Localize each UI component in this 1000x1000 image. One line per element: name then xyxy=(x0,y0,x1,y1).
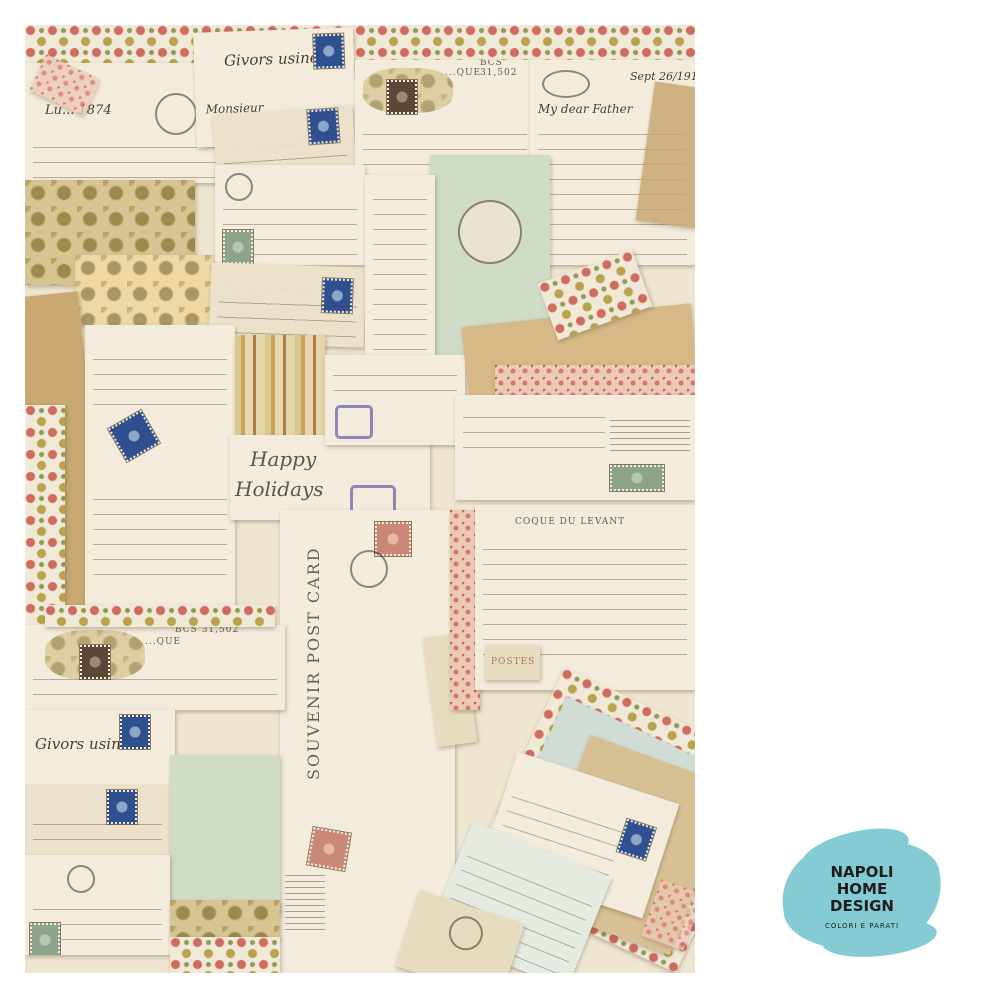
postmark xyxy=(350,550,388,588)
cheque-label: ...QUE xyxy=(445,68,481,78)
damask-paper xyxy=(170,900,280,940)
envelope-charlieu xyxy=(215,165,365,265)
logo-wordmark: NAPOLI HOME DESIGN xyxy=(782,864,942,915)
frame-ornament xyxy=(335,405,373,439)
letter-date: Sept 26/1914 xyxy=(630,70,695,83)
postmark xyxy=(67,865,95,893)
wavy-cancellation xyxy=(285,870,325,930)
stamp-green xyxy=(610,465,664,491)
envelope-bottom-second xyxy=(25,785,170,855)
logo-line-2: HOME xyxy=(782,881,942,898)
postcard-cancel xyxy=(455,395,695,500)
stamp-blue xyxy=(120,715,150,749)
logo-line-3: DESIGN xyxy=(782,898,942,915)
logo-line-1: NAPOLI xyxy=(782,864,942,881)
stamp-blue xyxy=(307,108,339,144)
floral-strip-top xyxy=(25,25,695,65)
cheque-bottom: ...QUE BCS 31,502 xyxy=(25,625,285,710)
logo-subtitle: COLORI E PARATI xyxy=(782,922,942,930)
happy-text: Happy xyxy=(250,447,316,471)
givors-text: Givors usine xyxy=(35,735,130,753)
receipt-with-frame xyxy=(325,355,465,445)
postes-text: POSTES xyxy=(491,657,535,667)
stamp-pink xyxy=(375,522,411,556)
letter-coque-du-levant: COQUE DU LEVANT POSTES xyxy=(475,505,695,690)
postes-label: POSTES xyxy=(485,645,540,680)
collage-artwork: Lu... 1874 Givors usine Monsieur ...QUE … xyxy=(25,25,695,973)
postmark xyxy=(444,912,487,955)
stamp-green xyxy=(223,230,253,264)
floral-paper-left xyxy=(25,405,65,625)
ornament-medallion xyxy=(458,200,522,264)
striped-paper xyxy=(235,335,325,440)
stamp-pink xyxy=(307,827,351,871)
floral-strip xyxy=(45,605,275,627)
stamp-brown xyxy=(387,80,417,114)
receipt-vertical xyxy=(365,175,435,375)
envelope-charlieu-bottom xyxy=(25,855,170,955)
holidays-text: Holidays xyxy=(235,477,324,501)
hotel-stamp xyxy=(542,70,590,98)
stamp-blue xyxy=(108,410,160,462)
stamp-blue xyxy=(313,34,344,69)
coque-header: COQUE DU LEVANT xyxy=(515,517,625,527)
stamp-green xyxy=(30,923,60,955)
bcs-number: BCS 31,502 xyxy=(480,60,535,78)
givors-text: Givors usine xyxy=(224,48,319,69)
mint-letter xyxy=(170,755,280,915)
souvenir-post-card-title: SOUVENIR POST CARD xyxy=(304,546,323,780)
napoli-home-design-logo: NAPOLI HOME DESIGN COLORI E PARATI xyxy=(782,832,942,960)
letter-center-left xyxy=(85,325,235,625)
cheque-label: ...QUE xyxy=(145,637,181,647)
happy-holidays-card: Happy Holidays xyxy=(230,435,430,520)
floral-strip-bottom xyxy=(170,937,280,973)
postmark xyxy=(155,93,197,135)
wavy-cancellation xyxy=(610,415,690,455)
letter-greeting: My dear Father xyxy=(538,102,632,116)
